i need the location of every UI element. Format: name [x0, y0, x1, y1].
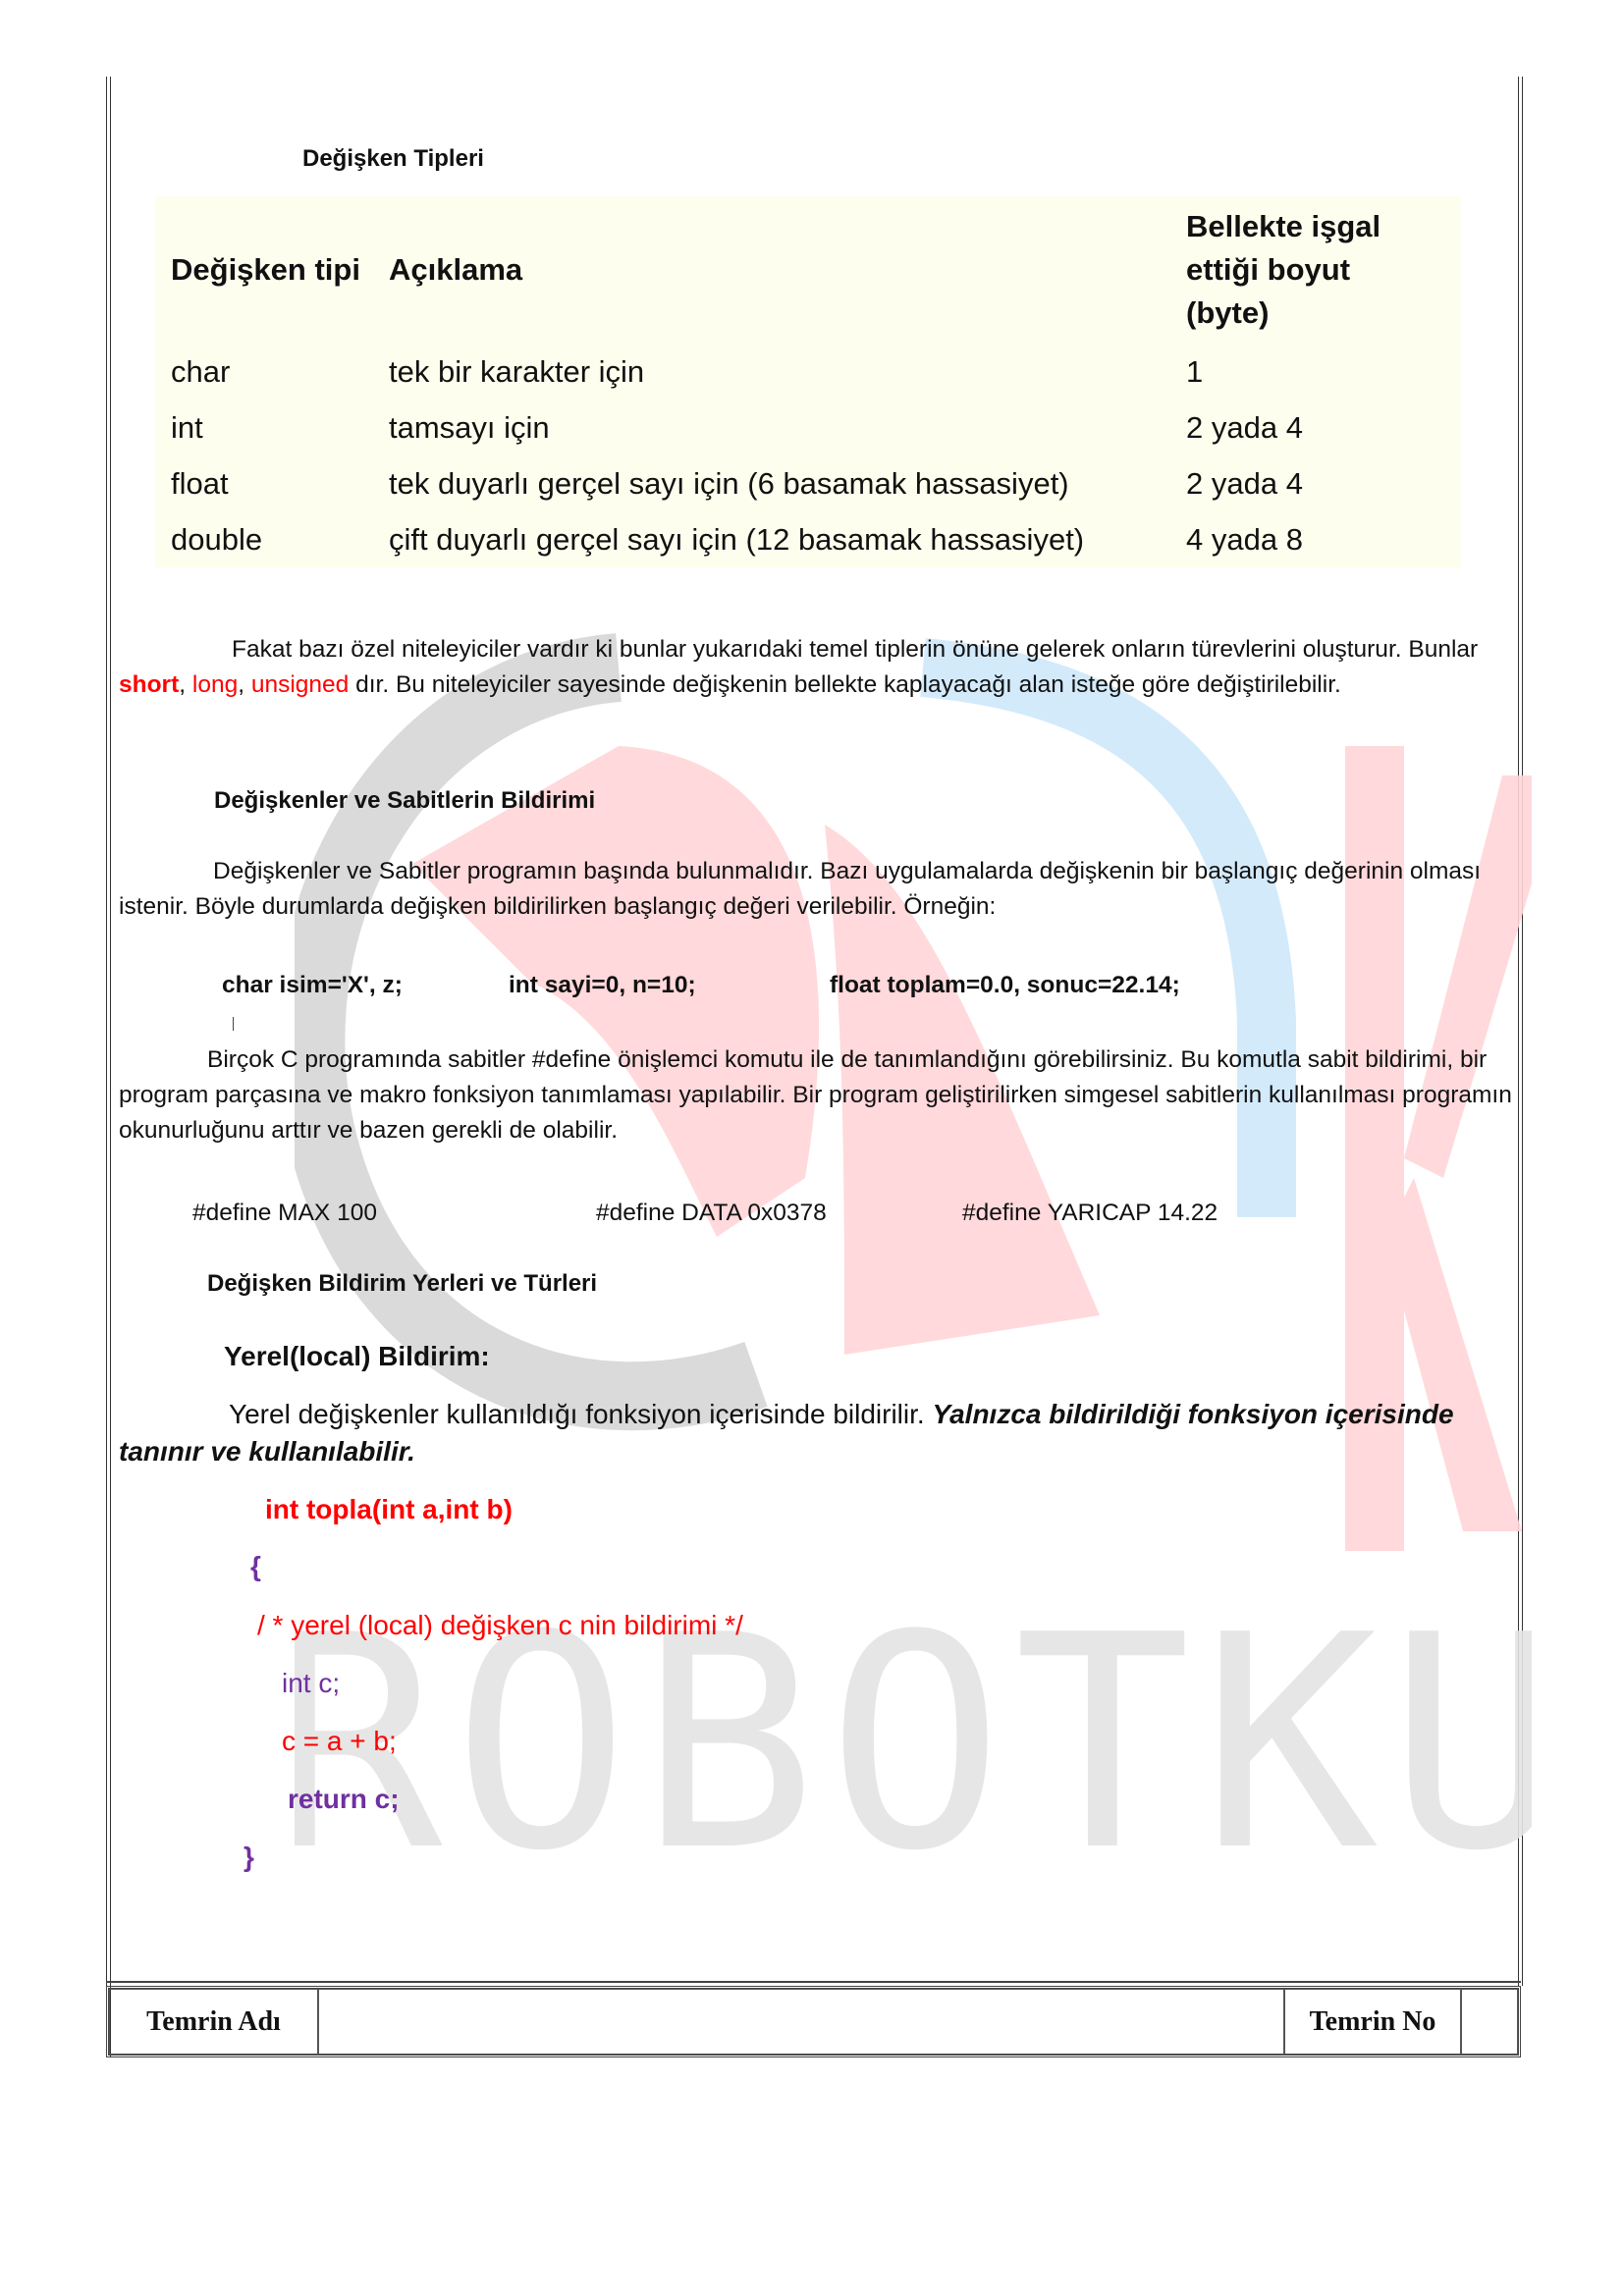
separator: ,	[179, 671, 192, 698]
section-title: Değişken Tipleri	[302, 145, 484, 173]
define-example-max: #define MAX 100	[192, 1200, 377, 1227]
cell-size: 2 yada 4	[1186, 455, 1461, 511]
code-open-brace: {	[250, 1551, 261, 1582]
keyword-unsigned: unsigned	[251, 671, 349, 698]
heading-local: Yerel(local) Bildirim:	[224, 1341, 490, 1372]
exercise-number-field[interactable]	[1461, 1989, 1518, 2055]
header-size-line2: ettiği boyut	[1186, 252, 1350, 287]
cell-type: double	[155, 511, 389, 567]
define-example-yaricap: #define YARICAP 14.22	[962, 1200, 1218, 1227]
heading-scope: Değişken Bildirim Yerleri ve Türleri	[207, 1270, 597, 1298]
cell-type: char	[155, 344, 389, 400]
cell-description: tek duyarlı gerçel sayı için (6 basamak …	[389, 455, 1186, 511]
exercise-number-label: Temrin No	[1284, 1989, 1461, 2055]
cell-type: int	[155, 400, 389, 455]
exercise-footer: Temrin Adı Temrin No	[106, 1986, 1521, 2057]
table-header-row: Değişken tipi Açıklama Bellekte işgal et…	[155, 196, 1461, 344]
header-size-line1: Bellekte işgal	[1186, 209, 1380, 243]
table-row: char tek bir karakter için 1	[155, 344, 1461, 400]
header-size: Bellekte işgal ettiği boyut (byte)	[1186, 196, 1461, 344]
code-assignment: c = a + b;	[282, 1726, 397, 1757]
cell-size: 4 yada 8	[1186, 511, 1461, 567]
modifiers-text: Fakat bazı özel niteleyiciler vardır ki …	[232, 636, 1478, 663]
variable-types-table: Değişken tipi Açıklama Bellekte işgal et…	[155, 196, 1461, 567]
code-return: return c;	[288, 1784, 400, 1815]
keyword-short: short	[119, 671, 179, 698]
cell-description: tamsayı için	[389, 400, 1186, 455]
code-signature: int topla(int a,int b)	[265, 1494, 513, 1525]
local-text: Yerel değişkenler kullanıldığı fonksiyon…	[229, 1399, 932, 1429]
cell-size: 1	[1186, 344, 1461, 400]
declaration-example-float: float toplam=0.0, sonuc=22.14;	[830, 972, 1180, 999]
exercise-name-field[interactable]	[318, 1989, 1284, 2055]
declaration-example-int: int sayi=0, n=10;	[509, 972, 696, 999]
table-row: double çift duyarlı gerçel sayı için (12…	[155, 511, 1461, 567]
define-example-data: #define DATA 0x0378	[596, 1200, 827, 1227]
text-cursor	[233, 1017, 234, 1031]
cell-description: çift duyarlı gerçel sayı için (12 basama…	[389, 511, 1186, 567]
table-row: int tamsayı için 2 yada 4	[155, 400, 1461, 455]
cell-description: tek bir karakter için	[389, 344, 1186, 400]
table-row: float tek duyarlı gerçel sayı için (6 ba…	[155, 455, 1461, 511]
modifiers-text-end: dır. Bu niteleyiciler sayesinde değişken…	[349, 671, 1341, 698]
modifiers-paragraph: Fakat bazı özel niteleyiciler vardır ki …	[119, 632, 1513, 703]
cell-size: 2 yada 4	[1186, 400, 1461, 455]
separator: ,	[238, 671, 251, 698]
code-comment: / * yerel (local) değişken c nin bildiri…	[257, 1610, 743, 1641]
document-page: Değişken Tipleri Değişken tipi Açıklama …	[0, 0, 1624, 2296]
keyword-long: long	[192, 671, 238, 698]
code-declaration: int c;	[282, 1668, 340, 1699]
header-type: Değişken tipi	[155, 196, 389, 344]
exercise-name-label: Temrin Adı	[109, 1989, 318, 2055]
cell-type: float	[155, 455, 389, 511]
code-close-brace: }	[244, 1842, 254, 1873]
header-description: Açıklama	[389, 196, 1186, 344]
declarations-paragraph: Değişkenler ve Sabitler programın başınd…	[119, 854, 1513, 925]
heading-declarations: Değişkenler ve Sabitlerin Bildirimi	[214, 787, 595, 815]
define-paragraph: Birçok C programında sabitler #define ön…	[119, 1042, 1513, 1148]
local-paragraph: Yerel değişkenler kullanıldığı fonksiyon…	[119, 1396, 1533, 1470]
header-size-line3: (byte)	[1186, 295, 1269, 330]
declaration-example-char: char isim='X', z;	[222, 972, 403, 999]
